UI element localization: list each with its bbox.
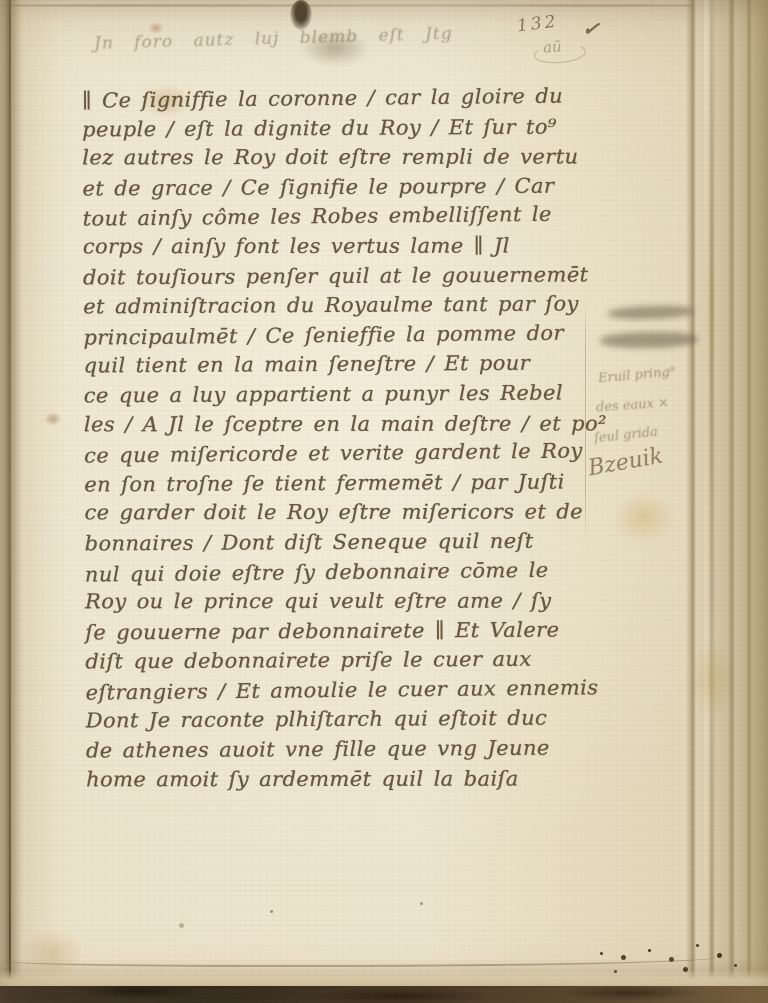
stain-spot bbox=[612, 492, 676, 544]
manuscript-line: ce que miſericorde et verite gardent le … bbox=[84, 437, 612, 471]
manuscript-line: Roy ou le prince qui veult eſtre ame / ſ… bbox=[85, 587, 613, 617]
manuscript-line: corps / ainſy font les vertus lame ∥ Jl bbox=[83, 232, 611, 262]
manuscript-line: quil tient en la main ſeneſtre / Et pour bbox=[83, 349, 611, 381]
manuscript-line: en ſon troſne ſe tient fermemēt / par Ju… bbox=[84, 468, 612, 500]
manuscript-line: doit touſiours penſer quil at le gouuern… bbox=[83, 260, 611, 292]
book-bottom-edge bbox=[0, 986, 768, 1003]
check-mark-icon: ✓ bbox=[580, 15, 606, 41]
manuscript-line: home amoit ſy ardemmēt quil la baiſa bbox=[86, 765, 614, 795]
manuscript-line: eſtrangiers / Et amoulie le cuer aux enn… bbox=[85, 674, 613, 708]
stain-spot bbox=[44, 412, 62, 426]
manuscript-line: diſt que debonnairete priſe le cuer aux bbox=[85, 645, 613, 677]
manuscript-line: les / A Jl le ſceptre en la main deſtre … bbox=[84, 409, 612, 439]
foxing-specks bbox=[600, 952, 603, 955]
manuscript-page: Jn foro autz luj blemb eſt Jtg aū 132 ✓ … bbox=[0, 0, 768, 1003]
manuscript-line: bonnaires / Dont diſt Seneque quil neſt bbox=[85, 527, 613, 559]
manuscript-line: et de grace / Ce ſignifie le pourpre / C… bbox=[82, 172, 610, 204]
header-flourish: aū bbox=[542, 37, 562, 56]
manuscript-line: lez autres le Roy doit eſtre rempli de v… bbox=[82, 143, 610, 173]
page-number: 132 bbox=[516, 12, 560, 37]
manuscript-line: ſe gouuerne par debonnairete ∥ Et Valere bbox=[85, 616, 613, 648]
margin-smudge bbox=[600, 331, 698, 349]
ruling-crease bbox=[585, 295, 586, 545]
manuscript-line: de athenes auoit vne fille que vng Jeune bbox=[86, 734, 614, 766]
manuscript-line: principaulmēt / Ce ſenieffie la pomme do… bbox=[83, 318, 611, 352]
fore-edge-highlight bbox=[704, 0, 714, 1003]
top-page-edge bbox=[0, 4, 708, 7]
manuscript-line: ce que a luy appartient a punyr les Rebe… bbox=[84, 379, 612, 411]
gutter-crease bbox=[9, 0, 11, 1003]
manuscript-line: ce garder doit le Roy eſtre miſericors e… bbox=[84, 498, 612, 528]
manuscript-line: ∥ Ce ſigniffie la coronne / car la gloir… bbox=[82, 82, 610, 116]
body-text: ∥ Ce ſigniffie la coronne / car la gloir… bbox=[82, 82, 614, 795]
manuscript-line: peuple / eſt la dignite du Roy / Et ſur … bbox=[82, 112, 610, 144]
manuscript-line: nul qui doie eſtre ſy debonnaire cōme le bbox=[85, 555, 613, 589]
header-inscription: Jn foro autz luj blemb eſt Jtg bbox=[94, 22, 514, 54]
manuscript-line: tout ainſy côme les Robes embelliſſent l… bbox=[83, 200, 611, 234]
margin-smudge bbox=[608, 305, 694, 321]
binding-gutter bbox=[0, 0, 22, 1003]
manuscript-line: et adminiſtracion du Royaulme tant par ſ… bbox=[83, 290, 611, 322]
fore-edge-page-stack bbox=[686, 0, 768, 989]
manuscript-line: Dont Je raconte plhiſtarch qui eſtoit du… bbox=[86, 704, 614, 736]
